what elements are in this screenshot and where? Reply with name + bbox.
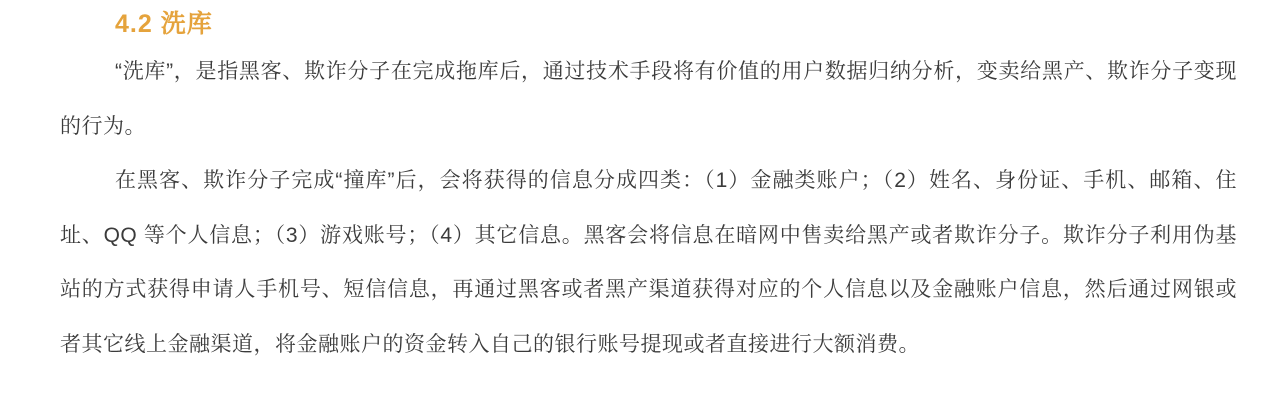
document-page: 4.2 洗库 “洗库”，是指黑客、欺诈分子在完成拖库后，通过技术手段将有价值的用… — [0, 0, 1281, 419]
section-heading: 4.2 洗库 — [115, 9, 1281, 40]
paragraph-definition: “洗库”，是指黑客、欺诈分子在完成拖库后，通过技术手段将有价值的用户数据归纳分析… — [60, 45, 1237, 154]
paragraph-process: 在黑客、欺诈分子完成“撞库”后，会将获得的信息分成四类：（1）金融类账户；（2）… — [60, 154, 1237, 372]
section-body: “洗库”，是指黑客、欺诈分子在完成拖库后，通过技术手段将有价值的用户数据归纳分析… — [0, 45, 1281, 372]
